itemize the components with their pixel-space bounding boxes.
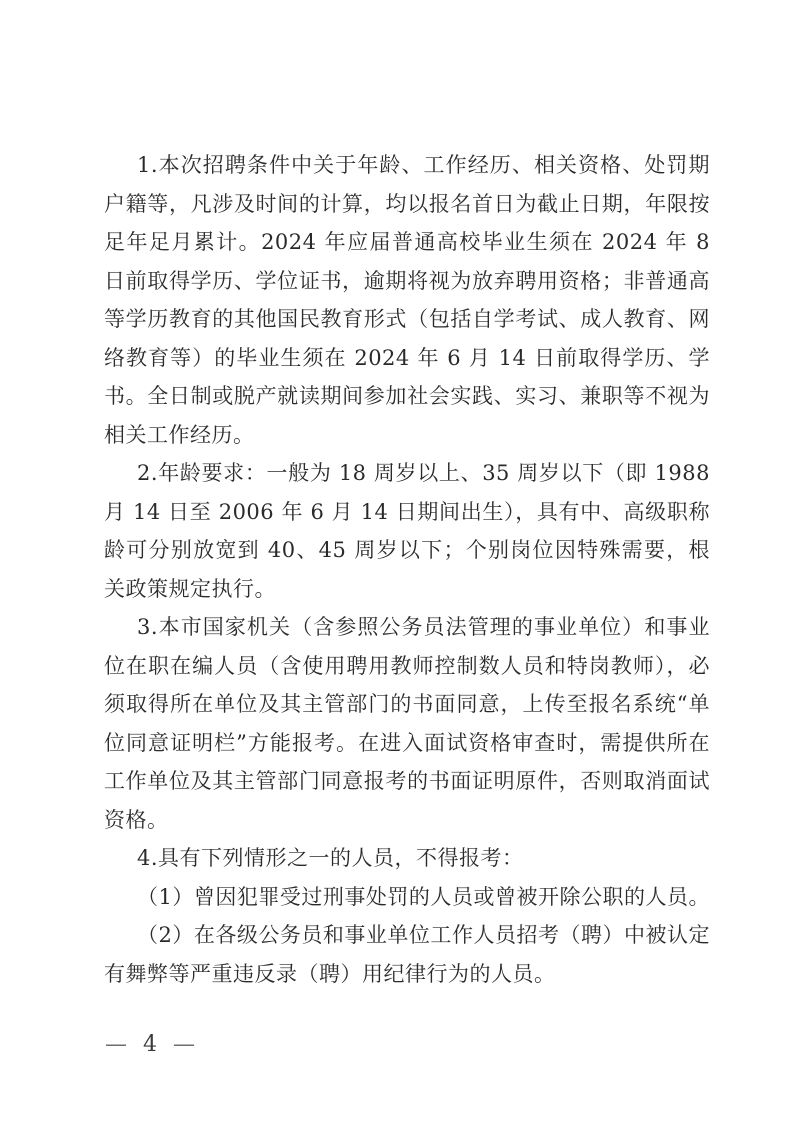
document-line: 资格。 [104, 801, 710, 840]
document-line: 位同意证明栏”方能报考。在进入面试资格审查时，需提供所在 [104, 724, 710, 763]
document-line: 4.具有下列情形之一的人员，不得报考： [104, 839, 710, 878]
document-page: 1.本次招聘条件中关于年龄、工作经历、相关资格、处罚期限、 户籍等，凡涉及时间的… [0, 0, 800, 1131]
footer-page-number: 4 [143, 1031, 157, 1059]
document-line: （1）曾因犯罪受过刑事处罚的人员或曾被开除公职的人员。 [104, 878, 710, 917]
document-line: 1.本次招聘条件中关于年龄、工作经历、相关资格、处罚期限、 [104, 146, 710, 185]
document-line: （2）在各级公务员和事业单位工作人员招考（聘）中被认定 [104, 916, 710, 955]
document-line: 3.本市国家机关（含参照公务员法管理的事业单位）和事业单 [104, 608, 710, 647]
document-body: 1.本次招聘条件中关于年龄、工作经历、相关资格、处罚期限、 户籍等，凡涉及时间的… [104, 146, 710, 993]
document-line: 位在职在编人员（含使用聘用教师控制数人员和特岗教师），必 [104, 647, 710, 686]
document-line: 龄可分别放宽到 40、45 周岁以下；个别岗位因特殊需要，根据相 [104, 531, 710, 570]
document-line: 2.年龄要求：一般为 18 周岁以上、35 周岁以下（即 1988 年 6 [104, 454, 710, 493]
document-line: 等学历教育的其他国民教育形式（包括自学考试、成人教育、网 [104, 300, 710, 339]
document-line: 须取得所在单位及其主管部门的书面同意，上传至报名系统“单 [104, 685, 710, 724]
footer-dash-left: — [105, 1031, 127, 1059]
document-line: 有舞弊等严重违反录（聘）用纪律行为的人员。 [104, 955, 710, 994]
document-line: 日前取得学历、学位证书，逾期将视为放弃聘用资格；非普通高 [104, 262, 710, 301]
document-line: 书。全日制或脱产就读期间参加社会实践、实习、兼职等不视为 [104, 377, 710, 416]
document-line: 相关工作经历。 [104, 416, 710, 455]
page-footer: — 4 — [105, 1031, 195, 1059]
footer-dash-right: — [173, 1031, 195, 1059]
document-line: 工作单位及其主管部门同意报考的书面证明原件，否则取消面试 [104, 762, 710, 801]
document-line: 户籍等，凡涉及时间的计算，均以报名首日为截止日期，年限按 [104, 185, 710, 224]
document-line: 络教育等）的毕业生须在 2024 年 6 月 14 日前取得学历、学位证 [104, 339, 710, 378]
document-line: 足年足月累计。2024 年应届普通高校毕业生须在 2024 年 8 月 31 [104, 223, 710, 262]
document-line: 关政策规定执行。 [104, 570, 710, 609]
document-line: 月 14 日至 2006 年 6 月 14 日期间出生），具有中、高级职称的年 [104, 493, 710, 532]
